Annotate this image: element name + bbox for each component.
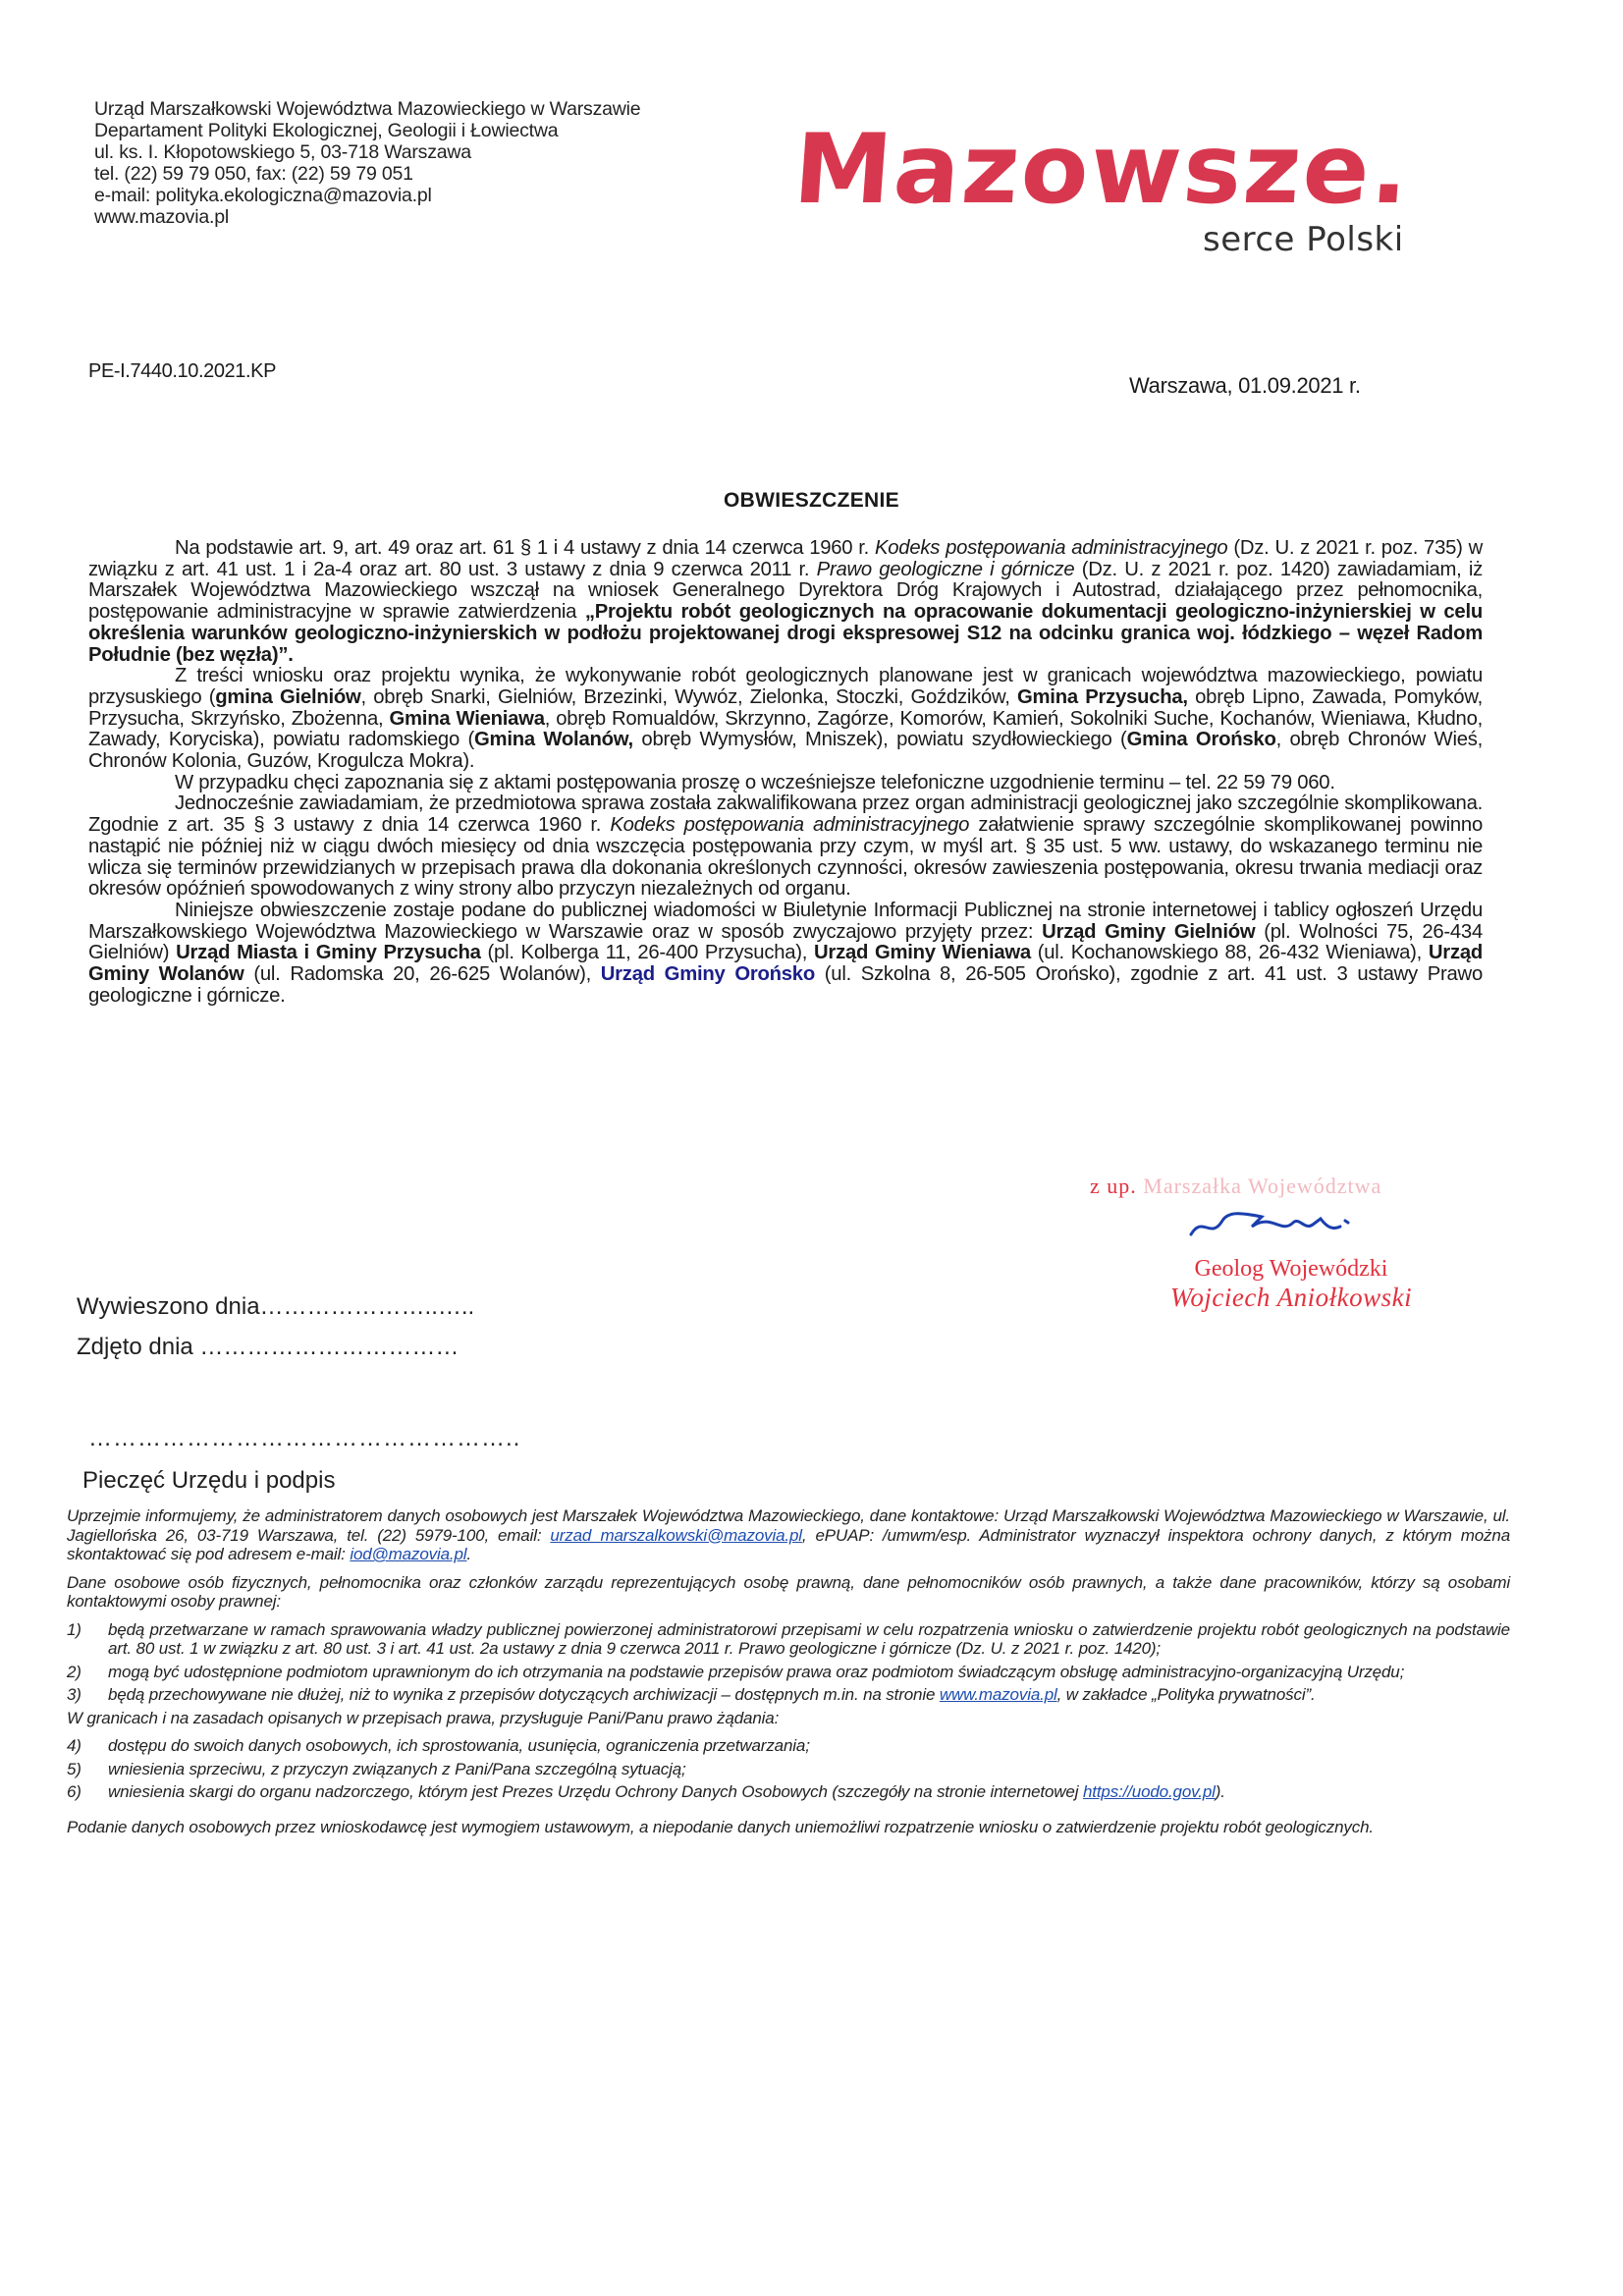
text: , w zakładce „Polityka prywatności”. (1057, 1685, 1316, 1704)
bold-text: Gmina Orońsko (1127, 729, 1276, 750)
text: dostępu do swoich danych osobowych, ich … (108, 1736, 810, 1755)
text: będą przetwarzane w ramach sprawowania w… (108, 1620, 1510, 1659)
list-text: będą przechowywane nie dłużej, niż to wy… (108, 1685, 1510, 1705)
handwritten-signature-icon (1080, 1205, 1502, 1244)
text: W przypadku chęci zapoznania się z aktam… (175, 772, 1335, 793)
document-title: OBWIESZCZENIE (0, 489, 1623, 513)
list-item: 2)mogą być udostępnione podmiotom uprawn… (67, 1663, 1510, 1682)
text: (pl. Kolberga 11, 26-400 Przysucha), (481, 942, 814, 963)
bold-text: Urząd Gminy Orońsko (601, 963, 815, 985)
text: . (466, 1545, 471, 1563)
office-stamp-label: Pieczęć Urzędu i podpis (77, 1460, 520, 1501)
office-phone: tel. (22) 59 79 050, fax: (22) 59 79 051 (94, 163, 640, 185)
signer-role: Geolog Wojewódzki (1080, 1256, 1502, 1283)
gdpr-processing-list: 1)będą przetwarzane w ramach sprawowania… (67, 1620, 1510, 1705)
stamp-authorization: z up. Marszałka Województwa (1080, 1174, 1502, 1199)
gdpr-rights-list: 4)dostępu do swoich danych osobowych, ic… (67, 1736, 1510, 1802)
list-number: 2) (67, 1663, 108, 1682)
list-number: 4) (67, 1736, 108, 1756)
bold-text: gmina Gielniów (215, 686, 360, 708)
paragraph-contact: W przypadku chęci zapoznania się z aktam… (88, 773, 1483, 794)
paragraph-complexity: Jednocześnie zawiadamiam, że przedmiotow… (88, 793, 1483, 901)
list-number: 6) (67, 1782, 108, 1802)
paragraph-publication: Niniejsze obwieszczenie zostaje podane d… (88, 901, 1483, 1008)
signature-stamp: z up. Marszałka Województwa Geolog Wojew… (1080, 1174, 1502, 1313)
list-item: 6)wniesienia skargi do organu nadzorczeg… (67, 1782, 1510, 1802)
text: wniesienia sprzeciwu, z przyczyn związan… (108, 1760, 686, 1778)
italic-text: Kodeks postępowania administracyjnego (610, 814, 969, 836)
bold-text: Gmina Wieniawa (390, 708, 545, 730)
gdpr-intro: Uprzejmie informujemy, że administratore… (67, 1506, 1510, 1564)
department-name: Departament Polityki Ekologicznej, Geolo… (94, 120, 640, 141)
removed-date-field[interactable]: Zdjęto dnia …………………………… (77, 1327, 520, 1367)
italic-text: Prawo geologiczne i górnicze (817, 559, 1075, 580)
text: Podanie danych osobowych przez wnioskoda… (67, 1818, 1374, 1836)
list-text: dostępu do swoich danych osobowych, ich … (108, 1736, 1510, 1756)
bold-text: Urząd Gminy Wieniawa (814, 942, 1031, 963)
link[interactable]: urzad_marszalkowski@mazovia.pl (550, 1526, 802, 1545)
paragraph-location: Z treści wniosku oraz projektu wynika, ż… (88, 666, 1483, 773)
list-text: wniesienia sprzeciwu, z przyczyn związan… (108, 1760, 1510, 1779)
bold-text: Urząd Gminy Gielniów (1042, 921, 1255, 943)
list-number: 1) (67, 1620, 108, 1659)
notice-body: Na podstawie art. 9, art. 49 oraz art. 6… (88, 538, 1483, 1007)
link[interactable]: iod@mazovia.pl (350, 1545, 466, 1563)
office-signature-line[interactable]: …………………………………………….. (77, 1418, 520, 1458)
letterhead: Urząd Marszałkowski Województwa Mazowiec… (94, 98, 640, 228)
text: (ul. Kochanowskiego 88, 26-432 Wieniawa)… (1031, 942, 1429, 963)
text: ). (1216, 1782, 1225, 1801)
list-item: 4)dostępu do swoich danych osobowych, ic… (67, 1736, 1510, 1756)
link[interactable]: www.mazovia.pl (940, 1685, 1057, 1704)
text: będą przechowywane nie dłużej, niż to wy… (108, 1685, 940, 1704)
office-name: Urząd Marszałkowski Województwa Mazowiec… (94, 98, 640, 120)
office-website[interactable]: www.mazovia.pl (94, 206, 640, 228)
bold-text: Urząd Miasta i Gminy Przysucha (176, 942, 481, 963)
text: Dane osobowe osób fizycznych, pełnomocni… (67, 1573, 1510, 1612)
gdpr-data-scope: Dane osobowe osób fizycznych, pełnomocni… (67, 1573, 1510, 1612)
posting-fields: Wywieszono dnia…………………..….. Zdjęto dnia … (77, 1286, 520, 1501)
text: obręb Wymysłów, Mniszek), powiatu szydło… (633, 729, 1127, 750)
list-item: 3)będą przechowywane nie dłużej, niż to … (67, 1685, 1510, 1705)
signer-name: Wojciech Aniołkowski (1080, 1283, 1502, 1313)
posted-date-field[interactable]: Wywieszono dnia…………………..….. (77, 1286, 520, 1327)
list-item: 1)będą przetwarzane w ramach sprawowania… (67, 1620, 1510, 1659)
list-text: wniesienia skargi do organu nadzorczego,… (108, 1782, 1510, 1802)
text: , obręb Snarki, Gielniów, Brzezinki, Wyw… (361, 686, 1017, 708)
list-number: 3) (67, 1685, 108, 1705)
bold-text: Gmina Przysucha, (1017, 686, 1188, 708)
text: W granicach i na zasadach opisanych w pr… (67, 1709, 779, 1727)
italic-text: Kodeks postępowania administracyjnego (875, 537, 1227, 559)
list-item: 5)wniesienia sprzeciwu, z przyczyn związ… (67, 1760, 1510, 1779)
logo-wordmark: Mazowsze. (790, 116, 1415, 224)
paragraph-legal-basis: Na podstawie art. 9, art. 49 oraz art. 6… (88, 538, 1483, 666)
list-text: będą przetwarzane w ramach sprawowania w… (108, 1620, 1510, 1659)
text: (ul. Radomska 20, 26-625 Wolanów), (244, 963, 601, 985)
mazowsze-logo: Mazowsze. serce Polski (800, 116, 1409, 263)
office-address: ul. ks. I. Kłopotowskiego 5, 03-718 Wars… (94, 141, 640, 163)
reference-number: PE-I.7440.10.2021.KP (88, 360, 276, 383)
gdpr-clause: Uprzejmie informujemy, że administratore… (67, 1506, 1510, 1845)
logo-tagline: serce Polski (1203, 220, 1404, 259)
list-text: mogą być udostępnione podmiotom uprawnio… (108, 1663, 1510, 1682)
bold-text: Gmina Wolanów, (474, 729, 633, 750)
gdpr-rights-intro: W granicach i na zasadach opisanych w pr… (67, 1709, 1510, 1728)
text: wniesienia skargi do organu nadzorczego,… (108, 1782, 1083, 1801)
link[interactable]: https://uodo.gov.pl (1083, 1782, 1216, 1801)
gdpr-closing: Podanie danych osobowych przez wnioskoda… (67, 1818, 1510, 1837)
office-email[interactable]: e-mail: polityka.ekologiczna@mazovia.pl (94, 185, 640, 206)
list-number: 5) (67, 1760, 108, 1779)
text: Na podstawie art. 9, art. 49 oraz art. 6… (175, 537, 875, 559)
text: mogą być udostępnione podmiotom uprawnio… (108, 1663, 1404, 1681)
place-date: Warszawa, 01.09.2021 r. (1129, 373, 1361, 399)
